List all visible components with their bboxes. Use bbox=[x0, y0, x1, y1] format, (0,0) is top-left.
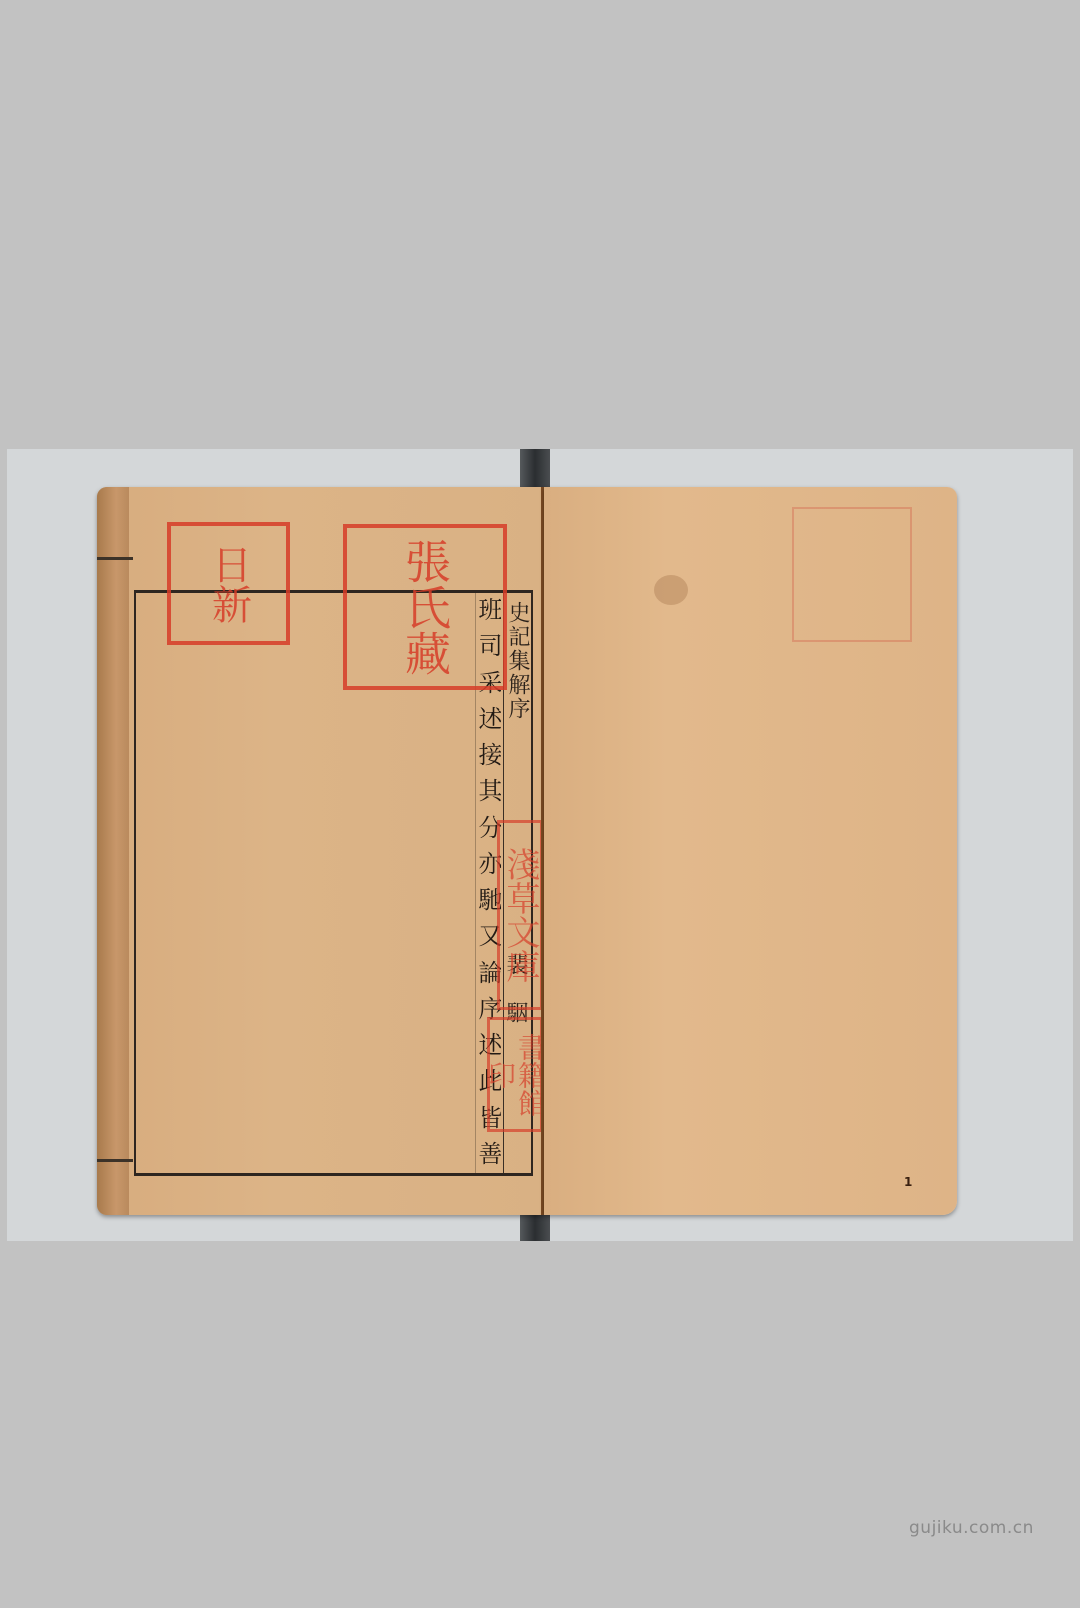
book-photograph: 史記集解序 裴 駰 班固有言曰駰案漢書作司馬遷傳說其作史記所採之書 司馬遷據左氏… bbox=[7, 449, 1073, 1241]
paper-stain bbox=[654, 575, 688, 605]
right-page: 1 bbox=[544, 487, 957, 1215]
binding-thread-bottom bbox=[97, 1159, 133, 1162]
seal-top-center: 張氏藏 bbox=[343, 524, 507, 690]
left-page: 史記集解序 裴 駰 班固有言曰駰案漢書作司馬遷傳說其作史記所採之書 司馬遷據左氏… bbox=[97, 487, 543, 1215]
open-book: 史記集解序 裴 駰 班固有言曰駰案漢書作司馬遷傳說其作史記所採之書 司馬遷據左氏… bbox=[97, 487, 957, 1215]
binding-thread-top bbox=[97, 557, 133, 560]
page-number: 1 bbox=[904, 1175, 912, 1189]
seal-right-vertical-1: 淺草文庫 bbox=[497, 820, 543, 1010]
text-column: 善序事理辯而不華質而不俚俚音里 bbox=[475, 1137, 501, 1173]
text-column: 其言秦漢詳矣至於采經摭傳摭音之赤反 bbox=[475, 774, 501, 810]
text-column: 述楚漢春秋陸賈所記 bbox=[475, 702, 501, 738]
binding-edge bbox=[97, 487, 129, 1215]
text-column: 接其後事訖于天漢武帝年號 bbox=[475, 738, 501, 774]
seal-top-left: 日新 bbox=[167, 522, 290, 645]
document-title: 史記集解序 bbox=[505, 601, 530, 721]
seal-right-vertical-2: 書籍館印 bbox=[487, 1017, 543, 1132]
seal-right-page-faint bbox=[792, 507, 912, 642]
site-watermark: gujiku.com.cn bbox=[909, 1518, 1034, 1538]
